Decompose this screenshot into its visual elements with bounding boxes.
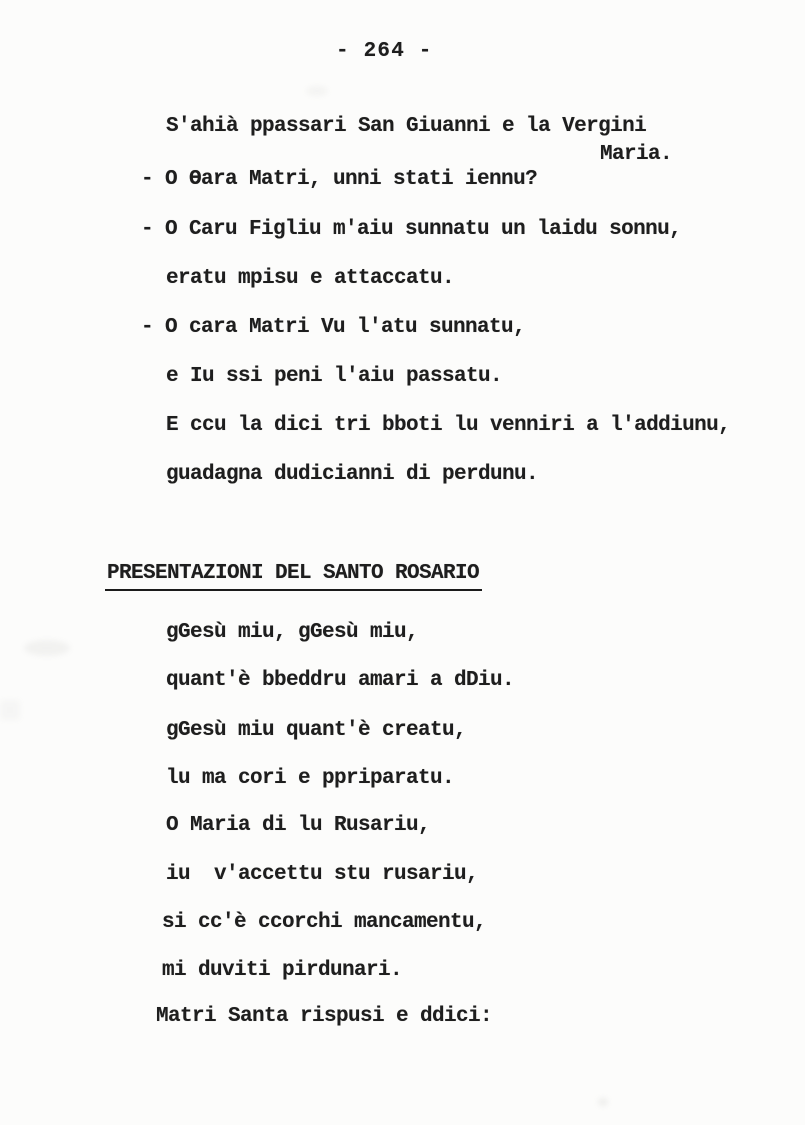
- section-heading: PRESENTAZIONI DEL SANTO ROSARIO: [107, 562, 482, 586]
- verse-line: iu v'accettu stu rusariu,: [166, 863, 478, 887]
- verse-line: - O cara Matri Vu l'atu sunnatu,: [141, 316, 525, 340]
- verse-line: gGesù miu quant'è creatu,: [166, 719, 466, 743]
- scan-smudge: [598, 1098, 608, 1106]
- page-number: - 264 -: [336, 40, 433, 64]
- verse-line: gGesù miu, gGesù miu,: [166, 621, 418, 645]
- scanned-document-page: - 264 - S'ahià ppassari San Giuanni e la…: [0, 0, 805, 1125]
- verse-line: eratu mpisu e attaccatu.: [166, 267, 454, 291]
- verse-line: S'ahià ppassari San Giuanni e la Vergini: [166, 115, 646, 139]
- scan-smudge: [24, 640, 70, 656]
- scan-smudge: [306, 86, 328, 96]
- verse-line: lu ma cori e ppriparatu.: [166, 767, 454, 791]
- verse-line: - O Ɵara Matri, unni stati iennu?: [141, 168, 537, 192]
- verse-line-continuation: Maria.: [600, 143, 672, 167]
- verse-line: guadagna dudicianni di perdunu.: [166, 463, 538, 487]
- verse-line: mi duviti pirdunari.: [162, 959, 402, 983]
- scan-smudge: [0, 700, 20, 720]
- verse-line: E ccu la dici tri bboti lu venniri a l'a…: [166, 414, 730, 438]
- verse-line: quant'è bbeddru amari a dDiu.: [166, 669, 514, 693]
- verse-line: - O Caru Figliu m'aiu sunnatu un laidu s…: [141, 218, 681, 242]
- verse-line: si cc'è ccorchi mancamentu,: [162, 911, 486, 935]
- section-heading-text: PRESENTAZIONI DEL SANTO ROSARIO: [105, 562, 482, 591]
- verse-line: O Maria di lu Rusariu,: [166, 814, 430, 838]
- verse-line: Matri Santa rispusi e ddici:: [156, 1005, 492, 1029]
- verse-line: e Iu ssi peni l'aiu passatu.: [166, 365, 502, 389]
